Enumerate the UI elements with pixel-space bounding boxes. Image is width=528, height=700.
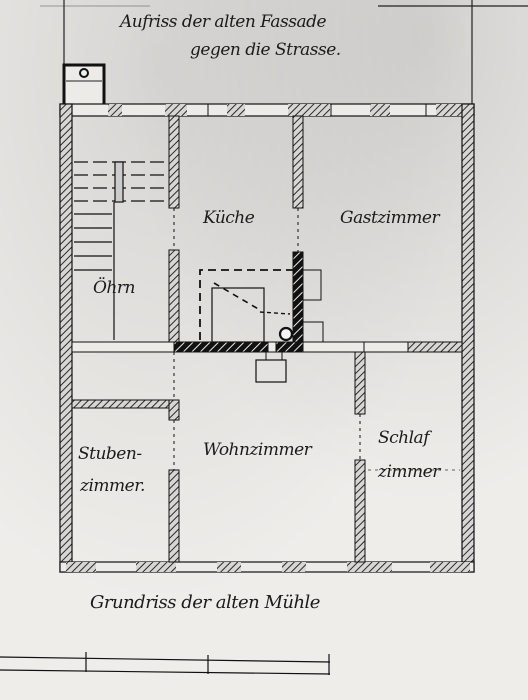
room-label-parlor-line1: Stuben- (78, 444, 142, 464)
scale-bar (0, 652, 330, 675)
title-line-1: Aufriss der alten Fassade (120, 12, 326, 32)
room-label-guest-room: Gastzimmer (340, 208, 439, 228)
chimney-box (64, 65, 104, 105)
room-label-kitchen: Küche (203, 208, 254, 228)
title-line-2: gegen die Strasse. (190, 40, 341, 60)
room-label-parlor-line2: zimmer. (80, 476, 145, 496)
room-label-stair-hall: Öhrn (93, 278, 135, 298)
room-label-bedroom-line1: Schlaf (378, 428, 429, 448)
room-label-bedroom-line2: zimmer (378, 462, 440, 482)
kitchen-hearth (200, 270, 323, 382)
room-label-living-room: Wohnzimmer (203, 440, 311, 460)
staircase (74, 162, 168, 340)
plan-caption: Grundriss der alten Mühle (90, 592, 320, 613)
